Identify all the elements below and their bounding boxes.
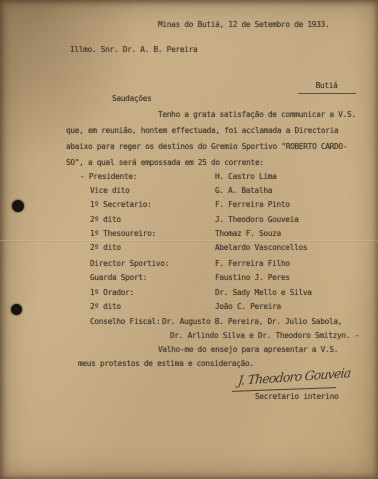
salutation: Saudações bbox=[112, 94, 152, 104]
directory-label: 1º Orador: bbox=[90, 288, 134, 298]
directory-value: João C. Pereira bbox=[215, 302, 281, 312]
directory-value: H. Castro Lima bbox=[215, 172, 277, 182]
body-line-2: que, em reunião, hontem effectuada, foi … bbox=[66, 126, 338, 136]
closing-line-2: meus protestos de estima e consideração. bbox=[78, 359, 254, 369]
directory-row: 1º Orador: Dr. Sady Mello e Silva bbox=[0, 288, 378, 299]
directory-row: Director Sportivo: F. Ferreira Filho bbox=[0, 259, 378, 270]
directory-value: Thomaz F. Souza bbox=[215, 229, 281, 239]
directory-label: 2º dito bbox=[90, 302, 121, 312]
directory-label: 2º dito bbox=[90, 243, 121, 253]
signature-title: Secretario interino bbox=[255, 392, 339, 402]
place-line: Butiá bbox=[280, 71, 356, 104]
directory-label: 1º Thesoureiro: bbox=[90, 229, 156, 239]
directory-value: F. Ferreira Filho bbox=[215, 259, 290, 269]
council-names-line-1: Dr. Augusto B. Pereira, Dr. Julio Sabola… bbox=[162, 317, 342, 327]
directory-label: Vice dito bbox=[90, 186, 130, 196]
directory-row: 1º Thesoureiro: Thomaz F. Souza bbox=[0, 229, 378, 240]
document-page: Minas do Butiá, 12 de Setembro de 1933. … bbox=[0, 0, 378, 479]
directory-row: 2º dito J. Theodoro Gouveia bbox=[0, 215, 378, 226]
directory-row: - Presidente: H. Castro Lima bbox=[0, 172, 378, 183]
directory-label: 2º dito bbox=[90, 215, 121, 225]
directory-value: J. Theodoro Gouveia bbox=[215, 215, 299, 225]
body-line-1: Tenho a grata satisfação de communicar a… bbox=[158, 110, 356, 120]
council-names-line-2: Dr. Arlindo Silva e Dr. Theodoro Smitzyn… bbox=[170, 331, 359, 341]
directory-label: 1º Secretario: bbox=[90, 200, 152, 210]
dateline: Minas do Butiá, 12 de Setembro de 1933. bbox=[158, 20, 329, 30]
closing-line-1: Valho-me do ensejo para apresentar a V.S… bbox=[158, 345, 338, 355]
directory-value: Dr. Sady Mello e Silva bbox=[215, 288, 312, 298]
handwritten-signature: J. Theodoro Gouveia bbox=[237, 365, 351, 388]
directory-value: Abelardo Vasconcellos bbox=[215, 243, 307, 253]
directory-value: F. Ferreira Pinto bbox=[215, 200, 290, 210]
council-label: Conselho Fiscal: bbox=[90, 317, 160, 327]
recipient-line: Illmo. Snr. Dr. A. B. Pereira bbox=[70, 45, 197, 55]
body-line-4: SO", a qual será empossada em 25 do corr… bbox=[66, 158, 264, 168]
directory-row: 2º dito João C. Pereira bbox=[0, 302, 378, 313]
body-line-3: abaixo para reger os destinos do Gremio … bbox=[66, 142, 347, 152]
directory-label: - Presidente: bbox=[80, 172, 137, 182]
directory-label: Director Sportivo: bbox=[90, 259, 169, 269]
directory-row: 1º Secretario: F. Ferreira Pinto bbox=[0, 200, 378, 211]
paper-crease bbox=[0, 240, 378, 242]
directory-row: 2º dito Abelardo Vasconcellos bbox=[0, 243, 378, 254]
directory-value: G. A. Batalha bbox=[215, 186, 272, 196]
directory-row: Guarda Sport: Faustino J. Peres bbox=[0, 273, 378, 284]
directory-row: Vice dito G. A. Batalha bbox=[0, 186, 378, 197]
directory-value: Faustino J. Peres bbox=[215, 273, 290, 283]
directory-label: Guarda Sport: bbox=[90, 273, 147, 283]
place-name: Butiá bbox=[298, 81, 356, 94]
